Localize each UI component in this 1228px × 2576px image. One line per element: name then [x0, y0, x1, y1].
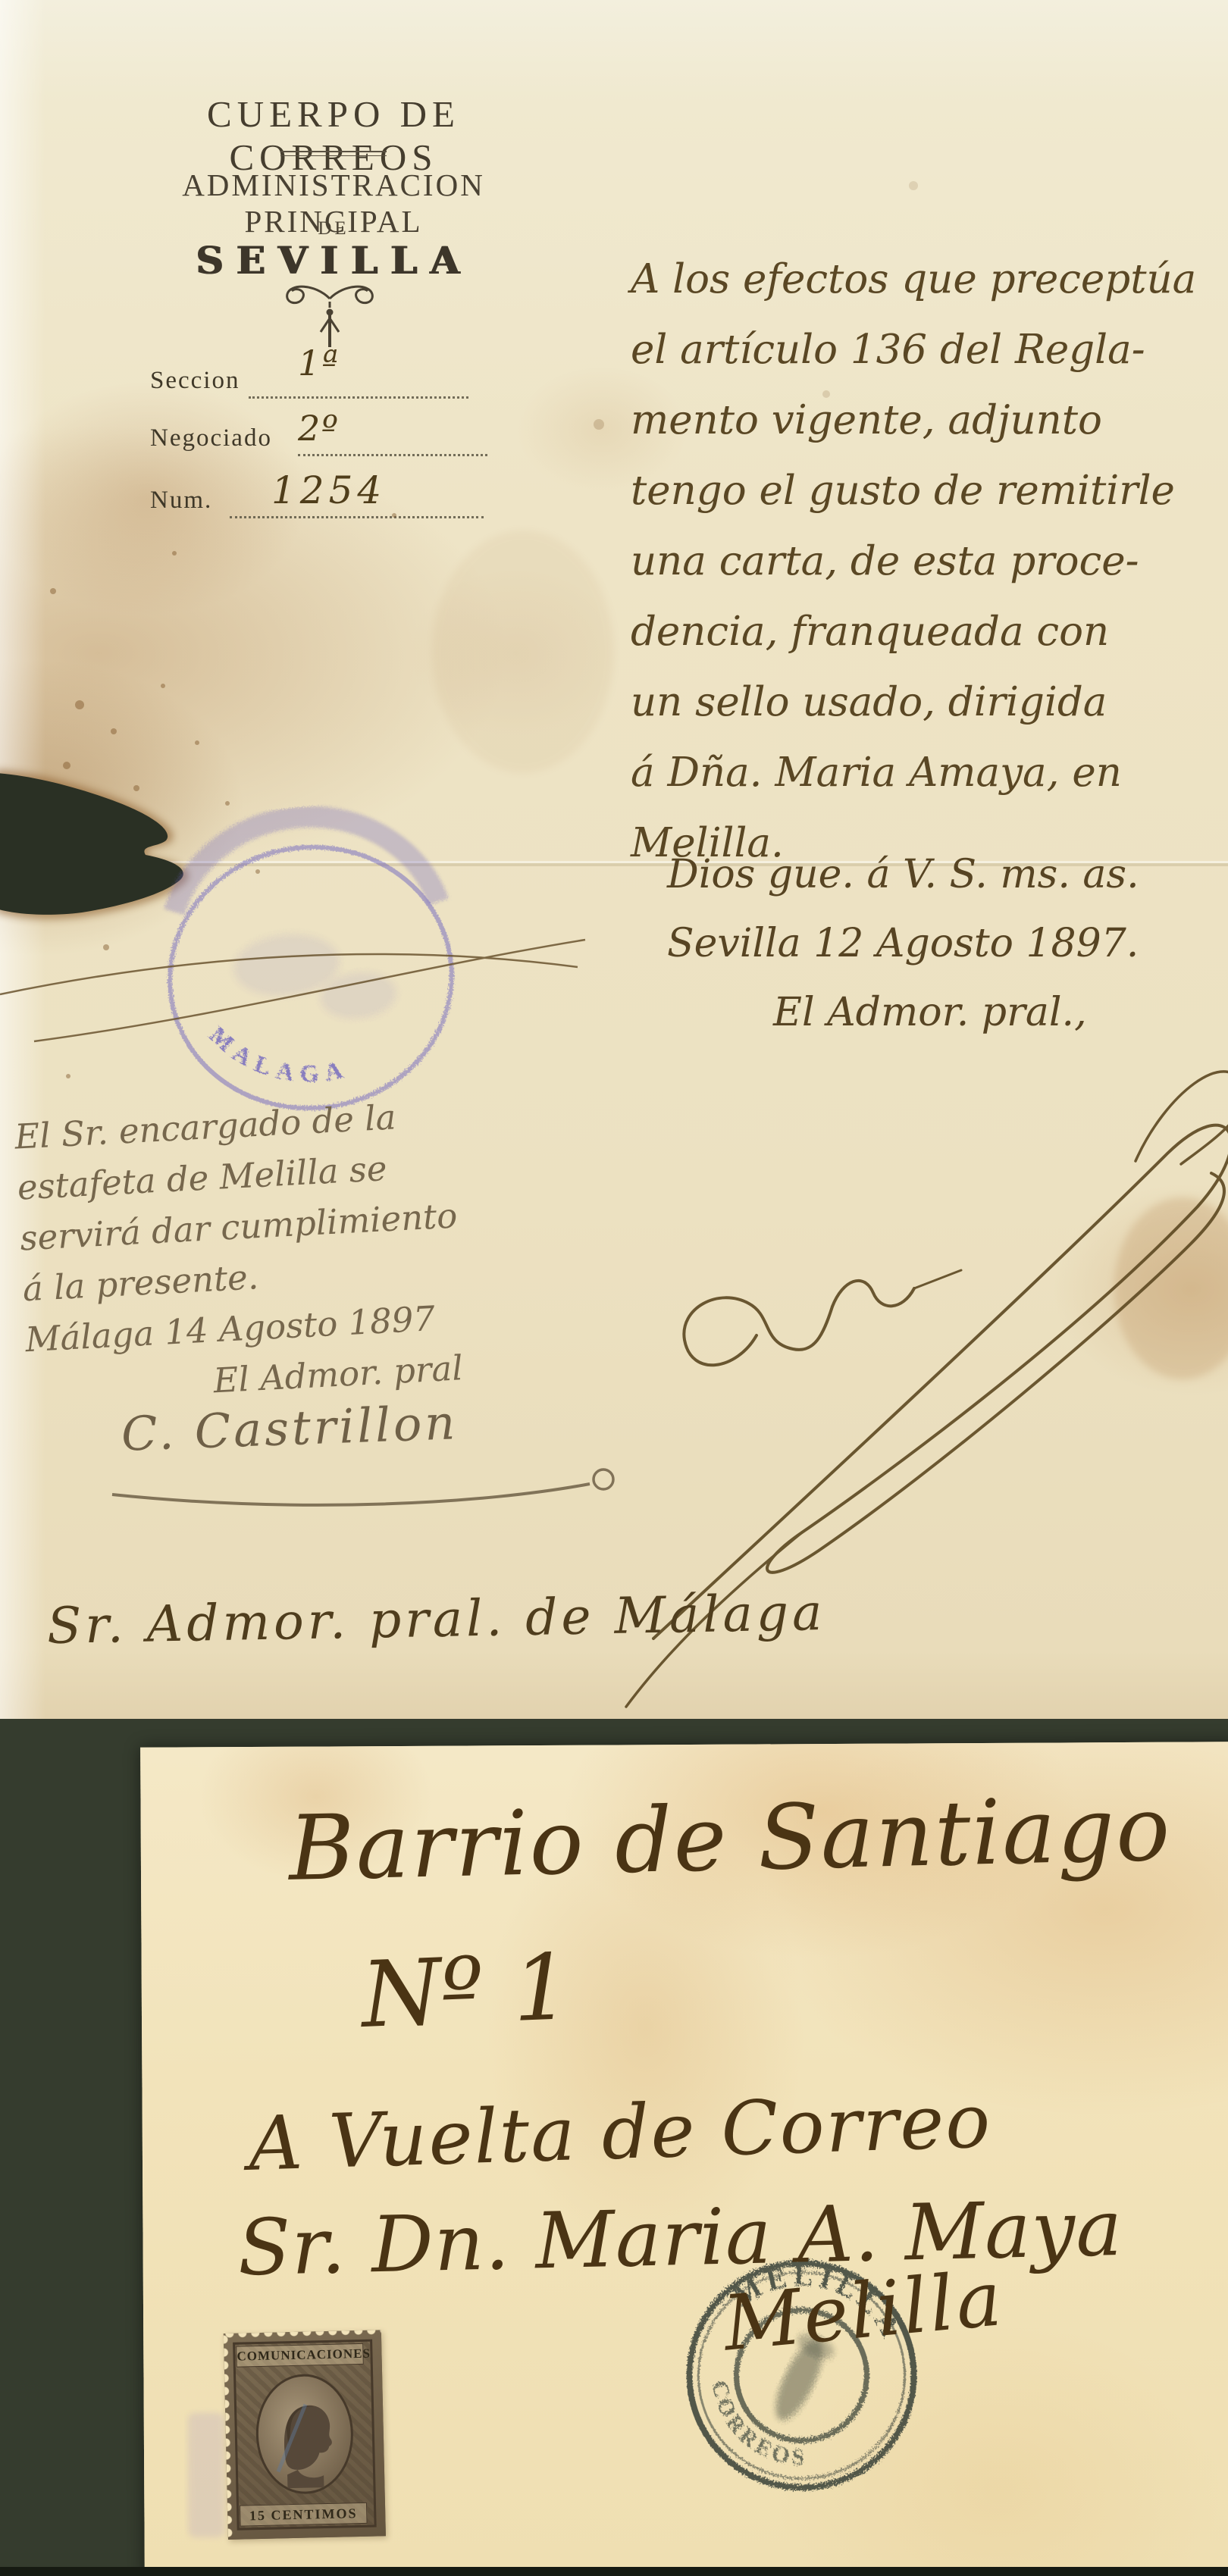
- closing-block: Dios gue. á V. S. ms. as. Sevilla 12 Ago…: [667, 852, 1228, 1059]
- stamp-bottom-label: 15 CENTIMOS: [240, 2502, 368, 2527]
- envelope: MELILLA CORREOS Barrio de Santiago Nº 1 …: [140, 1742, 1228, 2576]
- manuscript-line: un sello usado, dirigida: [631, 679, 1228, 750]
- address-line-district: Barrio de Santiago: [287, 1776, 1172, 1901]
- manuscript-line: A los efectos que preceptúa: [631, 256, 1228, 327]
- scanned-postal-cover-lot: CUERPO DE CORREOS ADMINISTRACION PRINCIP…: [0, 0, 1228, 2576]
- stamp-top-label: COMUNICACIONES: [236, 2343, 364, 2368]
- field-value: 1ª: [298, 343, 340, 383]
- field-value: 2º: [298, 408, 340, 449]
- manuscript-line: el artículo 136 del Regla-: [631, 327, 1228, 397]
- side-signature-flourish: [112, 1470, 613, 1505]
- field-label: Negociado: [150, 424, 272, 452]
- dotted-leader: [230, 516, 484, 518]
- pen-flourish-lines: [0, 940, 585, 1041]
- side-note: El Sr. encargado de la estafeta de Melil…: [14, 1085, 650, 1421]
- letterhead-city: SEVILLA: [129, 238, 538, 283]
- torn-hole: [0, 769, 189, 919]
- letterhead-rule: [280, 151, 387, 156]
- footer-addressee: Sr. Admor. pral. de Málaga: [46, 1583, 826, 1655]
- postmark-arc-bottom: CORREOS: [687, 2370, 829, 2481]
- field-value: 1254: [271, 468, 386, 512]
- manuscript-line: tengo el gusto de remitirle: [631, 468, 1228, 538]
- field-row-negociado: Negociado 2º: [150, 424, 499, 459]
- field-row-seccion: Seccion 1ª: [150, 367, 499, 402]
- manuscript-line: á Dña. Maria Amaya, en: [631, 750, 1228, 820]
- svg-text:MALAGA: MALAGA: [202, 1008, 352, 1098]
- closing-line: Sevilla 12 Agosto 1897.: [667, 921, 1228, 990]
- manuscript-line: dencia, franqueada con: [631, 609, 1228, 679]
- scan-edge-strip: [0, 2567, 1228, 2576]
- dotted-leader: [249, 396, 468, 399]
- violet-smudge: [188, 2412, 225, 2537]
- manuscript-line: mento vigente, adjunto: [631, 397, 1228, 468]
- field-label: Seccion: [150, 367, 240, 395]
- address-line-number: Nº 1: [359, 1935, 572, 2049]
- manuscript-line: una carta, de esta proce-: [631, 538, 1228, 609]
- malaga-oval-stamp: MALAGA: [154, 803, 465, 1122]
- letter-body: A los efectos que preceptúa el artículo …: [631, 256, 1228, 890]
- letterhead-org: CUERPO DE CORREOS: [129, 92, 538, 179]
- postage-stamp: COMUNICACIONES 15 CENTIMOS: [224, 2330, 386, 2540]
- dotted-leader: [298, 454, 487, 456]
- king-portrait-icon: [255, 2373, 355, 2495]
- field-row-num: Num. 1254: [150, 487, 499, 521]
- oval-stamp-city: MALAGA: [202, 1008, 352, 1098]
- address-line-note: A Vuelta de Correo: [247, 2078, 993, 2188]
- field-label: Num.: [150, 487, 212, 515]
- svg-text:CORREOS: CORREOS: [687, 2370, 829, 2481]
- closing-line: Dios gue. á V. S. ms. as.: [667, 852, 1228, 921]
- letter-sheet: CUERPO DE CORREOS ADMINISTRACION PRINCIP…: [0, 0, 1228, 1719]
- letterhead-de: DE: [129, 218, 538, 239]
- side-note-signature: C. Castrillon: [121, 1394, 459, 1461]
- closing-line: El Admor. pral.,: [773, 990, 1228, 1059]
